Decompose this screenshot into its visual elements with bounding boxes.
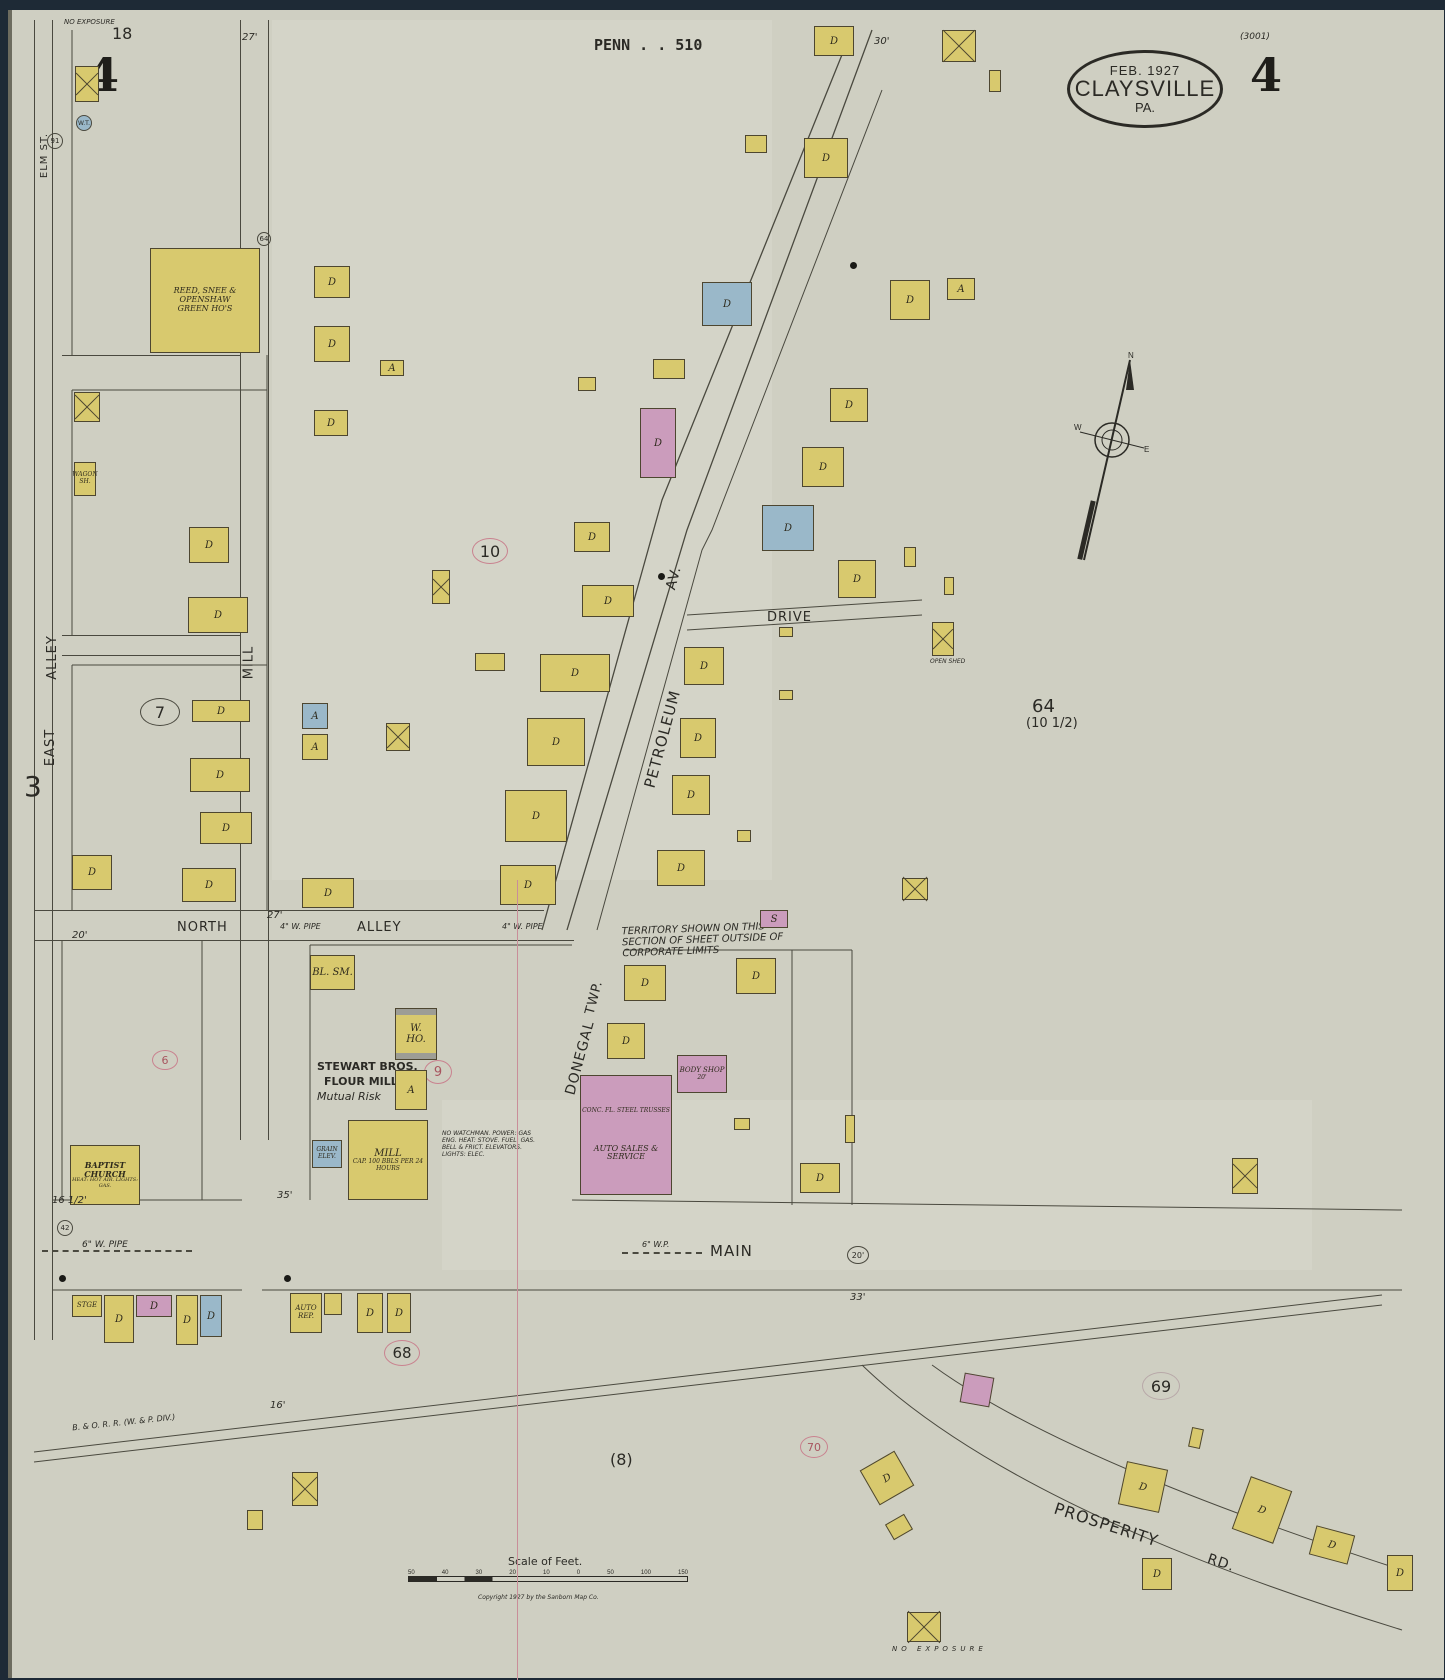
block-number-64-sub: (10 1/2) (1026, 716, 1078, 731)
crossed-building[interactable] (292, 1472, 318, 1506)
dwelling[interactable]: D (188, 597, 248, 633)
drive-label: DRIVE (767, 610, 812, 625)
blacksmith-building[interactable]: BL. SM. (310, 955, 355, 990)
open-shed[interactable] (932, 622, 954, 656)
petroleum-dim: 30' (874, 36, 889, 47)
mill-dimension: 27' (267, 910, 282, 921)
flour-mill-building[interactable]: MILL CAP. 100 BBLS PER 24 HOURS (348, 1120, 428, 1200)
dwelling[interactable]: D (189, 527, 229, 563)
crossed-building[interactable] (386, 723, 410, 751)
dwelling[interactable]: D (1118, 1461, 1168, 1513)
dwelling[interactable]: D (182, 868, 236, 902)
dwelling[interactable]: D (527, 718, 585, 766)
dwelling[interactable]: D (802, 447, 844, 487)
dwelling[interactable]: D (800, 1163, 840, 1193)
dwelling[interactable]: D (736, 958, 776, 994)
brick-building[interactable] (960, 1373, 995, 1408)
auto-repair-building[interactable]: AUTO REP. (290, 1293, 322, 1333)
drinking-hydrant-icon (284, 1275, 291, 1282)
block-number-8: (8) (610, 1450, 633, 1469)
block-number-9: 9 (424, 1060, 452, 1084)
concrete-dwelling[interactable]: D (762, 505, 814, 551)
auto-service-label: SERVICE (607, 1153, 645, 1162)
water-pipe-main (42, 1250, 192, 1252)
scale-tick: 50 (408, 1570, 415, 1576)
scale-tick: 40 (442, 1570, 449, 1576)
dwelling[interactable]: D (838, 560, 876, 598)
north-alley-dim: 20' (72, 930, 87, 941)
outbuilding[interactable] (845, 1115, 855, 1143)
crossed-building[interactable] (1232, 1158, 1258, 1194)
drinking-hydrant-icon (850, 262, 857, 269)
auto-house[interactable]: A (380, 360, 404, 376)
block-number-68: 68 (384, 1340, 420, 1366)
dwelling[interactable]: D (314, 326, 350, 362)
scale-tick: 0 (577, 1570, 580, 1576)
warehouse-label: W. HO. (396, 1015, 436, 1053)
body-shop-building[interactable]: BODY SHOP 20' (677, 1055, 727, 1093)
dwelling[interactable]: D (607, 1023, 645, 1059)
hydrant-91-icon: 91 (47, 133, 63, 149)
crossed-building[interactable] (902, 878, 928, 900)
dwelling[interactable]: D (1142, 1558, 1172, 1590)
auto-house[interactable]: A (947, 278, 975, 300)
crossed-building[interactable] (942, 30, 976, 62)
outbuilding[interactable] (779, 690, 793, 700)
outbuilding[interactable] (944, 577, 954, 595)
drinking-hydrant-icon (59, 1275, 66, 1282)
reed-snee-openshaw-greenhouse[interactable]: REED, SNEE & OPENSHAW GREEN HO'S (150, 248, 260, 353)
outbuilding[interactable] (737, 830, 751, 842)
brick-dwelling[interactable]: D (136, 1295, 172, 1317)
outbuilding[interactable] (324, 1293, 342, 1315)
dwelling[interactable]: D (680, 718, 716, 758)
dwelling[interactable]: D (814, 26, 854, 56)
dwelling[interactable]: D (505, 790, 567, 842)
dwelling[interactable]: D (302, 878, 354, 908)
main-pipe-label: 6" W. PIPE (82, 1240, 128, 1250)
wagon-shed[interactable]: WAGON SH. (74, 462, 96, 496)
auto-sales-notes: CONC. FL. STEEL TRUSSES (582, 1108, 670, 1115)
rr-width-dim: 16' (270, 1400, 285, 1411)
outbuilding[interactable] (904, 547, 916, 567)
garage-crossed[interactable] (75, 66, 99, 102)
scale-bar: Scale of Feet. 50 40 30 20 10 0 50 100 1… (408, 1555, 688, 1601)
block-number-69: 69 (1142, 1372, 1180, 1400)
outbuilding[interactable] (745, 135, 767, 153)
scale-tick: 50 (607, 1570, 614, 1576)
dwelling[interactable]: D (657, 850, 705, 886)
storage-building[interactable]: STGE (72, 1295, 102, 1317)
dwelling[interactable]: D (104, 1295, 134, 1343)
concrete-dwelling[interactable]: D (200, 1295, 222, 1337)
scale-title: Scale of Feet. (508, 1555, 788, 1568)
dwelling[interactable]: D (314, 266, 350, 298)
dwelling[interactable]: D (582, 585, 634, 617)
dwelling[interactable]: D (314, 410, 348, 436)
dwelling[interactable]: D (574, 522, 610, 552)
elm-dim: 16 1/2' (52, 1195, 87, 1206)
auto-sales-building[interactable]: CONC. FL. STEEL TRUSSES AUTO SALES & SER… (580, 1075, 672, 1195)
dwelling[interactable]: D (672, 775, 710, 815)
dwelling[interactable]: D (804, 138, 848, 178)
drinking-hydrant-icon (658, 573, 665, 580)
main-street-label: MAIN (710, 1242, 753, 1260)
brick-building[interactable]: S (760, 910, 788, 928)
scale-tick: 150 (678, 1570, 688, 1576)
greenhouse-type: GREEN HO'S (178, 305, 233, 314)
crossed-building[interactable] (907, 1612, 941, 1642)
underpass-dim: 33' (850, 1292, 865, 1303)
outbuilding[interactable] (578, 377, 596, 391)
concrete-dwelling[interactable]: D (702, 282, 752, 326)
bottom-exposure-note: NO EXPOSURE (892, 1645, 987, 1653)
crossed-building[interactable] (432, 570, 450, 604)
warehouse-building[interactable]: W. HO. (395, 1008, 437, 1060)
outbuilding[interactable] (734, 1118, 750, 1130)
outbuilding[interactable] (653, 359, 685, 379)
dwelling[interactable]: D (72, 855, 112, 890)
dwelling[interactable]: D (540, 654, 610, 692)
dwelling[interactable]: D (500, 865, 556, 905)
scale-tick: 100 (641, 1570, 651, 1576)
dwelling[interactable]: D (1387, 1555, 1413, 1591)
a-building[interactable]: A (395, 1070, 427, 1110)
dwelling[interactable]: D (357, 1293, 383, 1333)
dwelling[interactable]: D (200, 812, 252, 844)
dwelling[interactable]: D (890, 280, 930, 320)
red-pencil-line (517, 880, 518, 1680)
block-number-10: 10 (472, 538, 508, 564)
concrete-auto-house[interactable]: A (302, 703, 328, 729)
mill-capacity: CAP. 100 BBLS PER 24 HOURS (349, 1159, 427, 1172)
brick-dwelling[interactable]: D (640, 408, 676, 478)
dwelling[interactable]: D (192, 700, 250, 722)
copyright: Copyright 1927 by the Sanborn Map Co. (478, 1594, 758, 1601)
body-shop-dims: 20' (697, 1075, 706, 1082)
mill-notes: NO WATCHMAN. POWER: GAS ENG. HEAT: STOVE… (442, 1130, 542, 1158)
main-width-dim: 20' (847, 1246, 869, 1264)
dwelling[interactable]: D (176, 1295, 198, 1345)
dwelling-crossed[interactable] (74, 392, 100, 422)
scale-tick: 30 (476, 1570, 483, 1576)
main-ewp-label: 6" W.P. (642, 1240, 669, 1249)
mutual-risk-label: Mutual Risk (317, 1090, 381, 1103)
outbuilding[interactable] (989, 70, 1001, 92)
map-sheet: NO EXPOSURE 18 4 4 PENN . . 510 (3001) F… (8, 10, 1444, 1678)
block-number-6: 6 (152, 1050, 178, 1070)
greenhouse-name: REED, SNEE & OPENSHAW (151, 287, 259, 305)
water-tank-icon: W.T. (76, 115, 92, 131)
dwelling[interactable]: D (190, 758, 250, 792)
scale-tick: 10 (543, 1570, 550, 1576)
grain-elevator[interactable]: GRAIN ELEV. (312, 1140, 342, 1168)
hydrant-64-icon: 64 (257, 232, 271, 246)
water-pipe-main-east (622, 1252, 702, 1254)
block-number-7: 7 (140, 698, 180, 726)
hydrant-42-icon: 42 (57, 1220, 73, 1236)
flour-mill-label: FLOUR MILL (324, 1075, 398, 1088)
church-notes: HEAT: HOT AIR. LIGHTS: GAS. (71, 1178, 139, 1189)
church-label: BAPTIST CHURCH (71, 1161, 139, 1179)
scale-tick: 20 (509, 1570, 516, 1576)
outbuilding[interactable] (779, 627, 793, 637)
block-number-64: 64 (1032, 696, 1055, 717)
dwelling[interactable]: D (387, 1293, 411, 1333)
outbuilding[interactable] (247, 1510, 263, 1530)
dwelling[interactable]: D (684, 647, 724, 685)
block-number-70: 70 (800, 1436, 828, 1458)
dwelling[interactable]: D (624, 965, 666, 1001)
dwelling[interactable]: D (830, 388, 868, 422)
auto-house[interactable]: A (302, 734, 328, 760)
mill-main-dim: 35' (277, 1190, 292, 1201)
open-shed-label: OPEN SHED (930, 658, 965, 665)
outbuilding[interactable] (475, 653, 505, 671)
